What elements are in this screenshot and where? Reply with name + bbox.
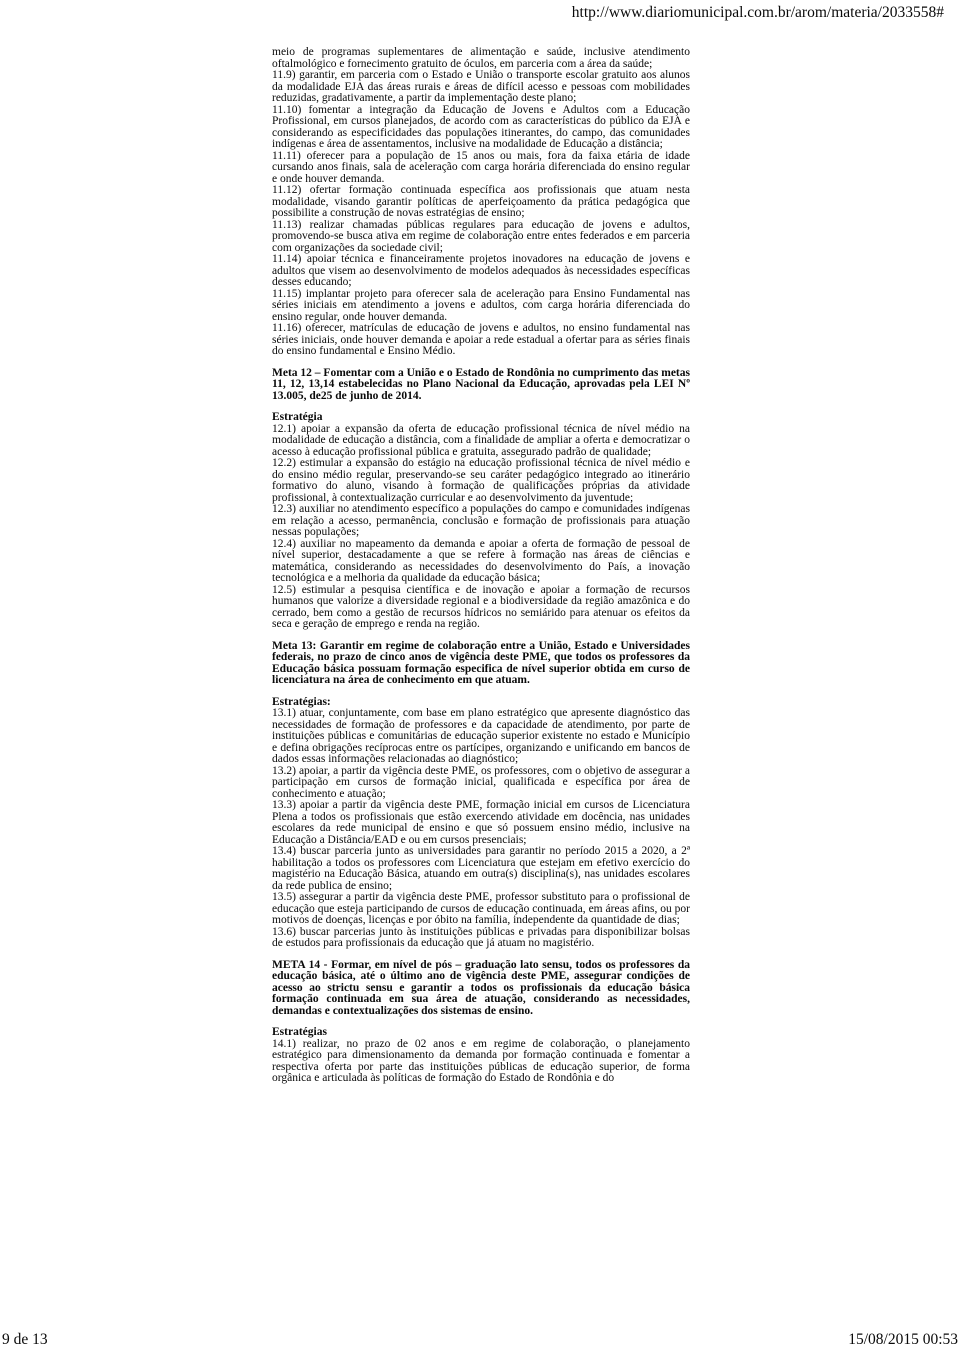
- meta-heading-paragraph: Estratégias: [272, 1027, 690, 1039]
- paragraph: 11.14) apoiar técnica e financeiramente …: [272, 254, 690, 289]
- page-url-header: http://www.diariomunicipal.com.br/arom/m…: [572, 4, 944, 22]
- paragraph: 13.1) atuar, conjuntamente, com base em …: [272, 708, 690, 766]
- paragraph: 13.2) apoiar, a partir da vigência deste…: [272, 766, 690, 801]
- paragraph: 11.12) ofertar formação continuada espec…: [272, 185, 690, 220]
- paragraph: 11.10) fomentar a integração da Educação…: [272, 105, 690, 151]
- meta-heading-paragraph: Meta 12 – Fomentar com a União e o Estad…: [272, 368, 690, 403]
- paragraph: 12.3) auxiliar no atendimento específico…: [272, 504, 690, 539]
- paragraph: 12.1) apoiar a expansão da oferta de edu…: [272, 424, 690, 459]
- paragraph: 11.13) realizar chamadas públicas regula…: [272, 220, 690, 255]
- meta-heading-paragraph: META 14 - Formar, em nível de pós – grad…: [272, 960, 690, 1018]
- paragraph: 13.6) buscar parcerias junto às institui…: [272, 927, 690, 950]
- paragraph: 13.4) buscar parceria junto as universid…: [272, 846, 690, 892]
- document-content: meio de programas suplementares de alime…: [272, 47, 690, 1085]
- print-datetime: 15/08/2015 00:53: [848, 1331, 958, 1349]
- paragraph: 11.9) garantir, em parceria com o Estado…: [272, 70, 690, 105]
- paragraph: 11.15) implantar projeto para oferecer s…: [272, 289, 690, 324]
- meta-heading-paragraph: Meta 13: Garantir em regime de colaboraç…: [272, 641, 690, 687]
- paragraph: 12.4) auxiliar no mapeamento da demanda …: [272, 539, 690, 585]
- page-number: 9 de 13: [2, 1331, 48, 1349]
- paragraph: 11.11) oferecer para a população de 15 a…: [272, 151, 690, 186]
- paragraph: 11.16) oferecer, matrículas de educação …: [272, 323, 690, 358]
- meta-heading-paragraph: Estratégia: [272, 412, 690, 424]
- paragraph: 12.2) estimular a expansão do estágio na…: [272, 458, 690, 504]
- paragraph: 13.5) assegurar a partir da vigência des…: [272, 892, 690, 927]
- paragraph: meio de programas suplementares de alime…: [272, 47, 690, 70]
- paragraph: 14.1) realizar, no prazo de 02 anos e em…: [272, 1039, 690, 1085]
- paragraph: 13.3) apoiar a partir da vigência deste …: [272, 800, 690, 846]
- paragraph: 12.5) estimular a pesquisa científica e …: [272, 585, 690, 631]
